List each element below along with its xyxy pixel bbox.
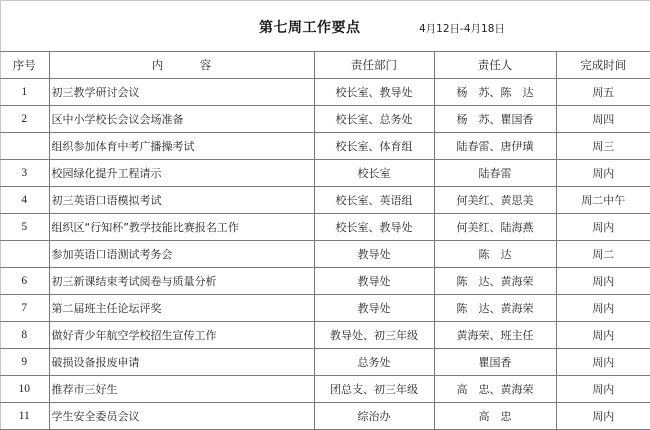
row-content: 组织参加体育中考广播操考试 (49, 133, 314, 160)
row-content: 初三新课结束考试阅卷与质量分析 (49, 268, 314, 295)
row-index: 8 (0, 322, 49, 349)
row-department: 教导处 (314, 241, 434, 268)
title-bar: 第七周工作要点 4月12日-4月18日 (0, 0, 650, 51)
row-deadline: 周内 (556, 214, 650, 241)
row-person: 高 忠、黄海荣 (434, 376, 556, 403)
header-deadline: 完成时间 (556, 52, 650, 79)
row-department: 教导处 (314, 295, 434, 322)
document-title: 第七周工作要点 (259, 17, 361, 37)
row-deadline: 周二 (556, 241, 650, 268)
row-deadline: 周内 (556, 376, 650, 403)
row-department: 教导处、初三年级 (314, 322, 434, 349)
row-deadline: 周三 (556, 133, 650, 160)
row-deadline: 周内 (556, 403, 650, 430)
table-row: 10 推荐市三好生 团总支、初三年级 高 忠、黄海荣 周内 (0, 376, 650, 403)
row-content: 破损设备报废申请 (49, 349, 314, 376)
row-deadline: 周四 (556, 106, 650, 133)
row-person: 何美红、黄思美 (434, 187, 556, 214)
row-department: 校长室、总务处 (314, 106, 434, 133)
work-plan-table: 序号 内 容 责任部门 责任人 完成时间 1 初三教学研讨会议 校长室、教导处 … (0, 51, 650, 430)
row-person: 陈 达 (434, 241, 556, 268)
table-row: 8 做好青少年航空学校招生宣传工作 教导处、初三年级 黄海荣、班主任 周内 (0, 322, 650, 349)
row-index: 4 (0, 187, 49, 214)
row-department: 综治办 (314, 403, 434, 430)
table-row: 3 校园绿化提升工程请示 校长室 陆春雷 周内 (0, 160, 650, 187)
row-department: 校长室、教导处 (314, 214, 434, 241)
table-header-row: 序号 内 容 责任部门 责任人 完成时间 (0, 52, 650, 79)
row-person: 高 忠 (434, 403, 556, 430)
row-index: 9 (0, 349, 49, 376)
row-content: 初三英语口语模拟考试 (49, 187, 314, 214)
row-person: 杨 苏、瞿国香 (434, 106, 556, 133)
row-index: 3 (0, 160, 49, 187)
row-content: 学生安全委员会议 (49, 403, 314, 430)
date-range: 4月12日-4月18日 (419, 21, 505, 36)
row-index: 7 (0, 295, 49, 322)
table-row: 7 第二届班主任论坛评奖 教导处 陈 达、黄海荣 周内 (0, 295, 650, 322)
row-person: 何美红、陆海燕 (434, 214, 556, 241)
row-person: 瞿国香 (434, 349, 556, 376)
table-row: 4 初三英语口语模拟考试 校长室、英语组 何美红、黄思美 周二中午 (0, 187, 650, 214)
row-index: 6 (0, 268, 49, 295)
table-row: 9 破损设备报废申请 总务处 瞿国香 周内 (0, 349, 650, 376)
table-row: 6 初三新课结束考试阅卷与质量分析 教导处 陈 达、黄海荣 周内 (0, 268, 650, 295)
row-department: 校长室、英语组 (314, 187, 434, 214)
header-department: 责任部门 (314, 52, 434, 79)
row-department: 校长室 (314, 160, 434, 187)
header-person: 责任人 (434, 52, 556, 79)
row-deadline: 周内 (556, 295, 650, 322)
row-department: 校长室、体育组 (314, 133, 434, 160)
row-content: 区中小学校长会议会场准备 (49, 106, 314, 133)
row-deadline: 周五 (556, 79, 650, 106)
row-index (0, 133, 49, 160)
row-person: 杨 苏、陈 达 (434, 79, 556, 106)
row-deadline: 周内 (556, 322, 650, 349)
row-content: 做好青少年航空学校招生宣传工作 (49, 322, 314, 349)
row-person: 陈 达、黄海荣 (434, 295, 556, 322)
row-deadline: 周二中午 (556, 187, 650, 214)
table-row: 参加英语口语测试考务会 教导处 陈 达 周二 (0, 241, 650, 268)
row-content: 组织区“行知杯”教学技能比赛报名工作 (49, 214, 314, 241)
row-index: 2 (0, 106, 49, 133)
table-row: 5 组织区“行知杯”教学技能比赛报名工作 校长室、教导处 何美红、陆海燕 周内 (0, 214, 650, 241)
row-department: 校长室、教导处 (314, 79, 434, 106)
row-content: 初三教学研讨会议 (49, 79, 314, 106)
row-content: 校园绿化提升工程请示 (49, 160, 314, 187)
row-deadline: 周内 (556, 268, 650, 295)
row-index (0, 241, 49, 268)
row-content: 第二届班主任论坛评奖 (49, 295, 314, 322)
table-row: 11 学生安全委员会议 综治办 高 忠 周内 (0, 403, 650, 430)
table-row: 组织参加体育中考广播操考试 校长室、体育组 陆春雷、唐伊璜 周三 (0, 133, 650, 160)
row-department: 教导处 (314, 268, 434, 295)
header-index: 序号 (0, 52, 49, 79)
header-content-label: 内 容 (152, 58, 212, 72)
header-content: 内 容 (49, 52, 314, 79)
row-index: 1 (0, 79, 49, 106)
row-person: 黄海荣、班主任 (434, 322, 556, 349)
row-department: 总务处 (314, 349, 434, 376)
row-person: 陆春雷、唐伊璜 (434, 133, 556, 160)
row-deadline: 周内 (556, 160, 650, 187)
row-person: 陈 达、黄海荣 (434, 268, 556, 295)
row-content: 参加英语口语测试考务会 (49, 241, 314, 268)
table-row: 1 初三教学研讨会议 校长室、教导处 杨 苏、陈 达 周五 (0, 79, 650, 106)
row-department: 团总支、初三年级 (314, 376, 434, 403)
table-row: 2 区中小学校长会议会场准备 校长室、总务处 杨 苏、瞿国香 周四 (0, 106, 650, 133)
row-deadline: 周内 (556, 349, 650, 376)
row-person: 陆春雷 (434, 160, 556, 187)
row-index: 11 (0, 403, 49, 430)
row-index: 10 (0, 376, 49, 403)
row-content: 推荐市三好生 (49, 376, 314, 403)
row-index: 5 (0, 214, 49, 241)
